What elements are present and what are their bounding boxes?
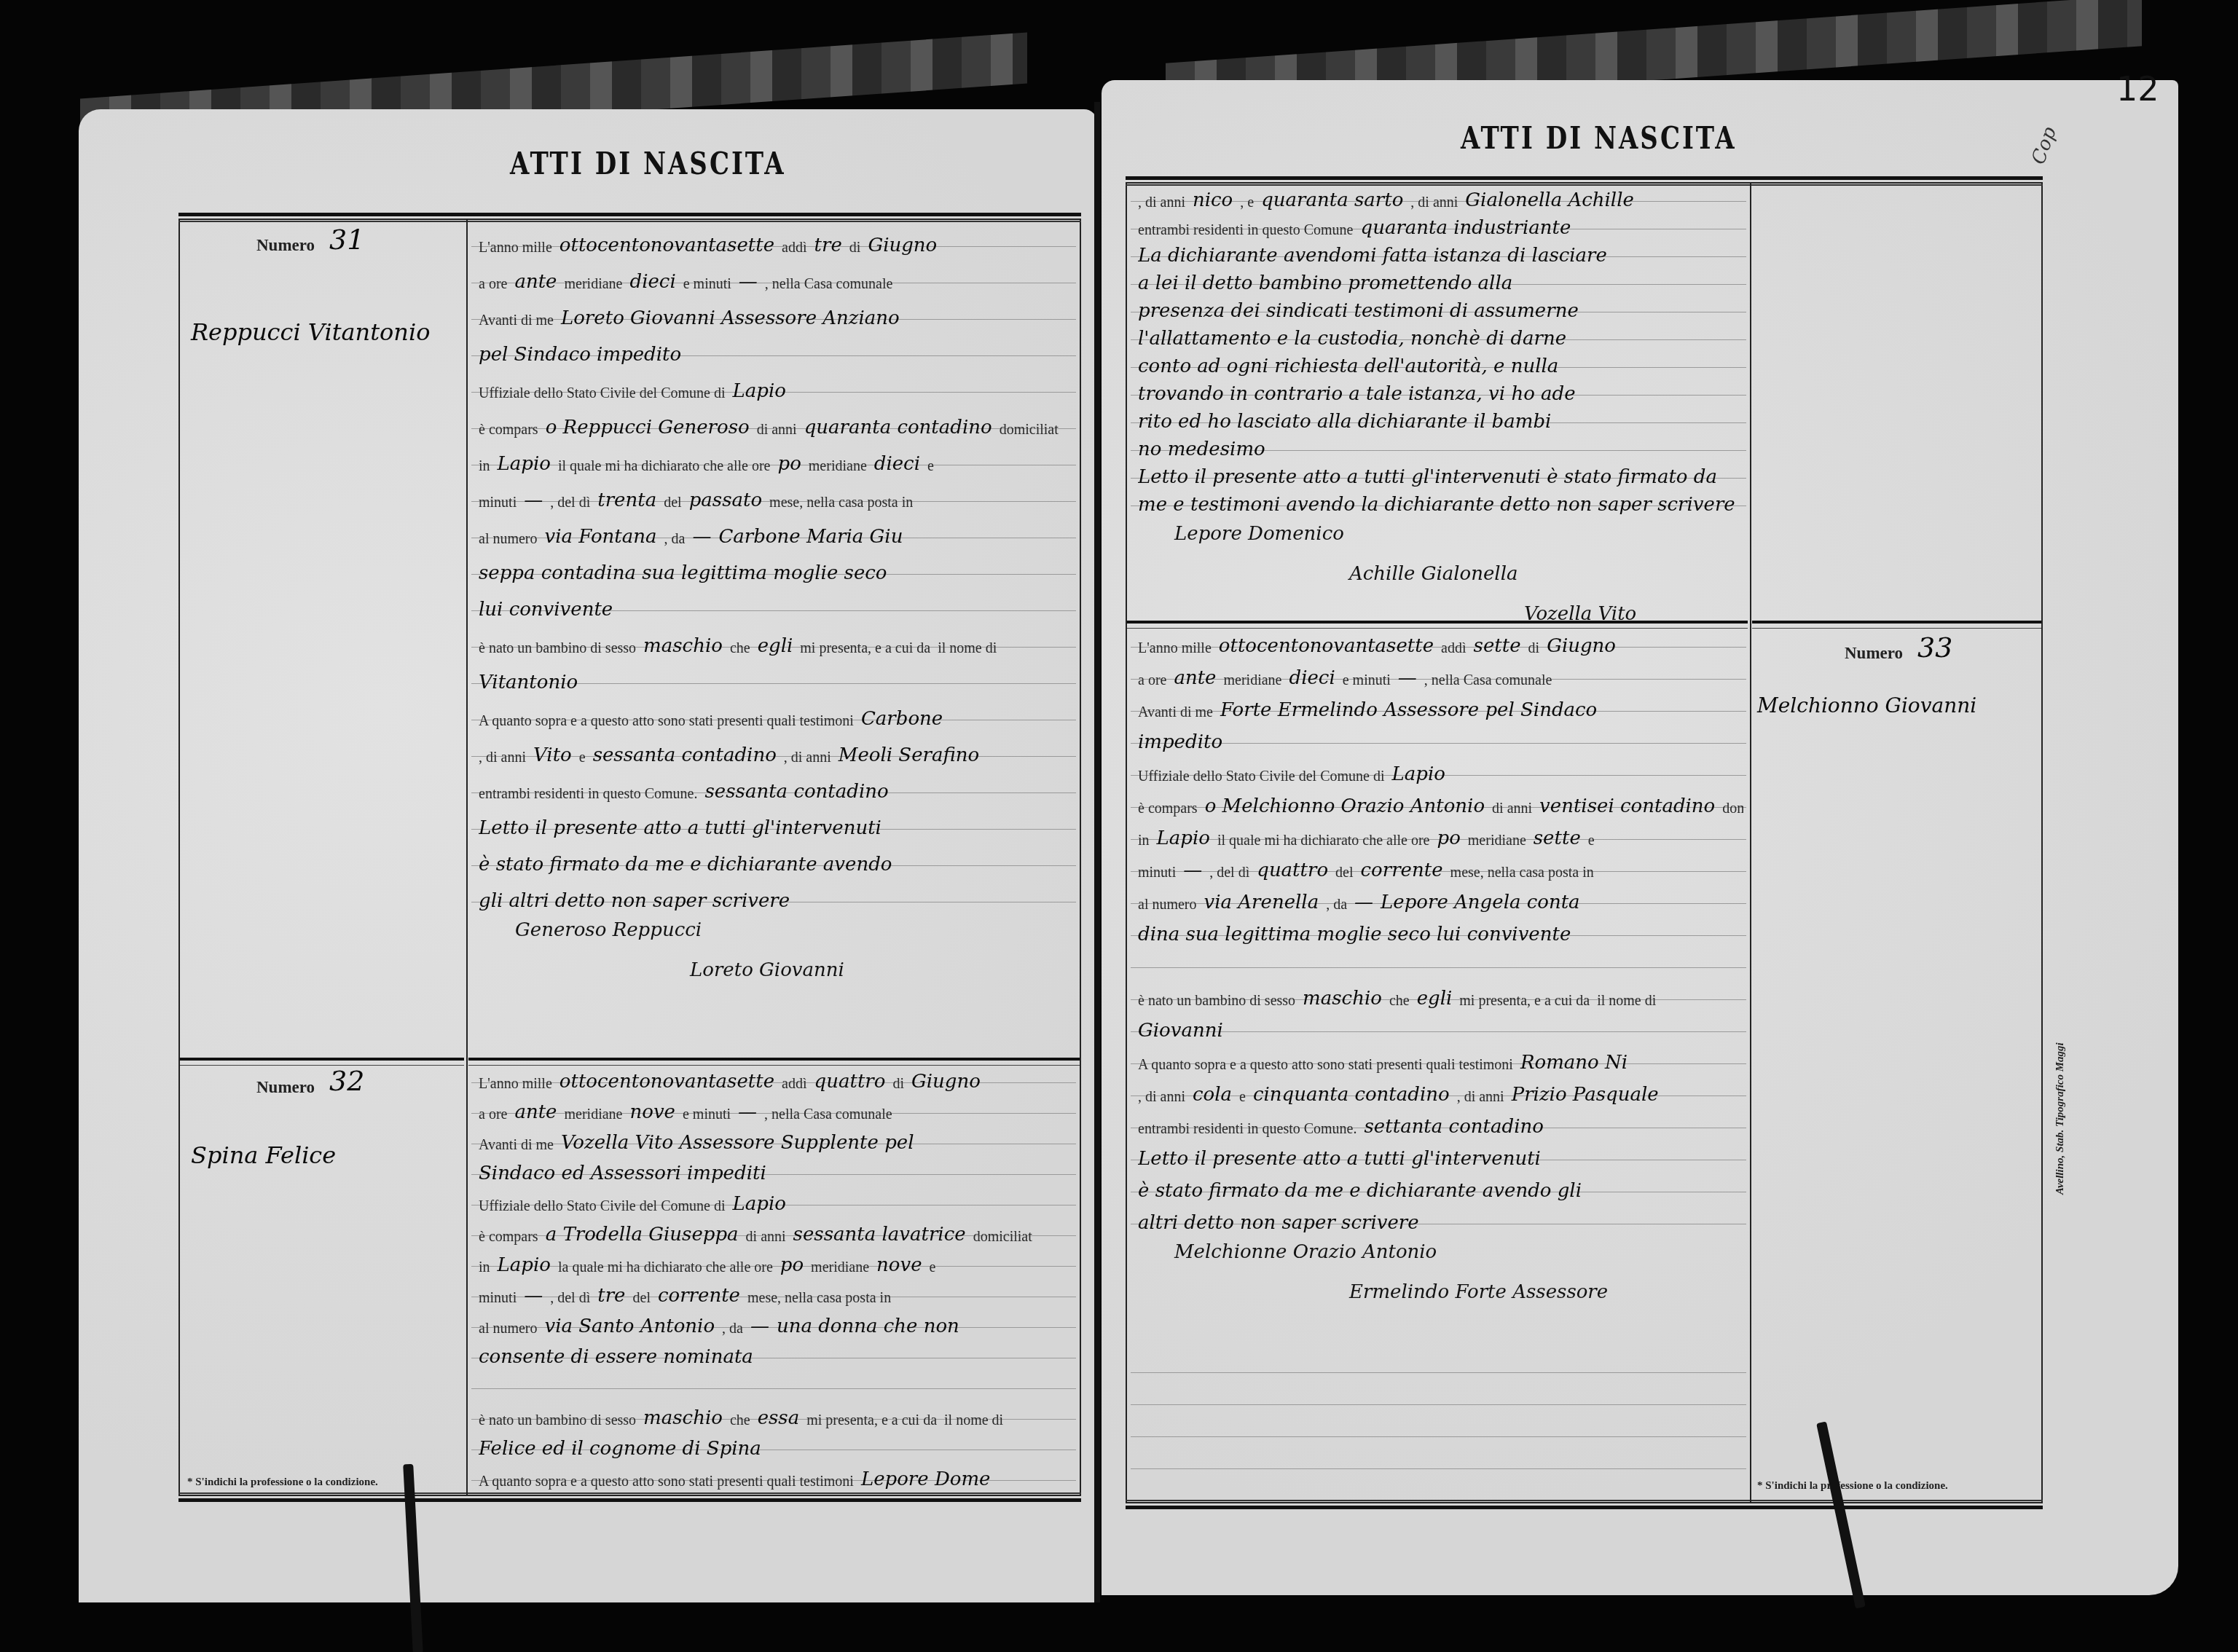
handwritten-entry: —: [692, 526, 711, 548]
handwritten-entry: pel Sindaco impedito: [479, 344, 681, 366]
form-line: lui convivente: [479, 591, 1073, 621]
printed-label: meridiane: [1468, 833, 1526, 849]
handwritten-entry: po: [1437, 827, 1461, 849]
printed-label: al numero: [1138, 897, 1197, 913]
handwritten-entry: Prizio Pasquale: [1512, 1084, 1659, 1106]
form-line: inLapioil quale mi ha dichiarato che all…: [1138, 825, 1743, 849]
printed-label: entrambi residenti in questo Comune.: [479, 786, 698, 803]
handwritten-entry: Meoli Serafino: [839, 744, 979, 766]
handwritten-entry: Lapio: [498, 1254, 551, 1276]
handwritten-entry: Lapio: [1157, 827, 1210, 849]
form-line: altri detto non saper scrivere: [1138, 1209, 1743, 1234]
form-line: entrambi residenti in questo Comune.sess…: [479, 774, 1073, 803]
handwritten-entry: seppa contadina sua legittima moglie sec…: [479, 562, 887, 584]
printed-label: Uffiziale dello Stato Civile del Comune …: [1138, 768, 1384, 785]
printed-label: , di anni: [1410, 194, 1458, 211]
form-line: minuti—, del dìquattrodelcorrentemese, n…: [1138, 857, 1743, 881]
handwritten-entry: Giovanni: [1138, 1020, 1223, 1042]
printed-label: meridiane: [565, 276, 623, 293]
printed-label: domiciliat: [973, 1229, 1032, 1246]
left-register-table: Numero 31 Reppucci Vitantonio Numero 32 …: [178, 219, 1081, 1496]
handwritten-entry: La dichiarante avendomi fatta istanza di…: [1138, 246, 1607, 267]
column-divider: [466, 220, 468, 1495]
handwritten-entry: essa: [758, 1407, 800, 1429]
form-line: è nato un bambino di sessomaschiocheegli…: [1138, 985, 1743, 1010]
handwritten-entry: no medesimo: [1138, 440, 1265, 460]
printed-label: mi presenta, e a cui da: [1459, 993, 1590, 1010]
handwritten-entry: gli altri detto non saper scrivere: [479, 890, 790, 912]
form-line: è stato firmato da me e dichiarante aven…: [479, 846, 1073, 876]
handwritten-entry: una donna che non: [777, 1315, 959, 1337]
form-line: Letto il presente atto a tutti gl'interv…: [1138, 468, 1743, 488]
handwritten-entry: Giugno: [1547, 635, 1616, 657]
printed-label: il quale mi ha dichiarato che alle ore: [558, 458, 771, 475]
ruled-line: [1131, 1404, 1746, 1405]
form-line: dina sua legittima moglie seco lui convi…: [1138, 921, 1743, 945]
handwritten-entry: cinquanta contadino: [1253, 1084, 1450, 1106]
printed-label: mi presenta, e a cui da: [806, 1412, 937, 1429]
form-line: a oreantemeridianediecie minuti—, nella …: [479, 264, 1073, 293]
ruled-line: [1131, 1468, 1746, 1469]
handwritten-entry: —: [1354, 892, 1373, 913]
column-divider: [1750, 184, 1751, 1502]
signature: Vozella Vito: [1524, 603, 1636, 625]
handwritten-entry: corrente: [1361, 860, 1443, 881]
form-line: conto ad ogni richiesta dell'autorità, e…: [1138, 357, 1743, 377]
footnote: * S'indichi la professione o la condizio…: [187, 1476, 378, 1489]
handwritten-entry: settanta contadino: [1365, 1116, 1544, 1138]
handwritten-entry: Forte Ermelindo Assessore pel Sindaco: [1220, 699, 1597, 721]
handwritten-entry: maschio: [643, 635, 723, 657]
form-line: [1138, 953, 1743, 978]
handwritten-entry: —: [524, 1285, 543, 1307]
handwritten-entry: cola: [1193, 1084, 1232, 1106]
form-line: L'anno milleottocentonovantasetteaddìset…: [1138, 632, 1743, 657]
printed-label: Avanti di me: [479, 312, 554, 329]
form-line: A quanto sopra e a questo atto sono stat…: [479, 1467, 1073, 1490]
right-page-title: ATTI DI NASCITA: [1461, 120, 1737, 157]
printed-label: meridiane: [565, 1106, 623, 1123]
printed-label: è compars: [479, 1229, 538, 1246]
handwritten-entry: tre: [597, 1285, 625, 1307]
printed-label: del: [1335, 865, 1353, 881]
handwritten-entry: Lepore Dome: [861, 1468, 991, 1490]
printed-label: e: [1588, 833, 1595, 849]
handwritten-entry: ante: [514, 1101, 557, 1123]
handwritten-entry: o Melchionno Orazio Antonio: [1205, 795, 1485, 817]
printer-credit: Avellino, Stab. Tipografico Maggi: [2054, 1042, 2067, 1195]
handwritten-entry: consente di essere nominata: [479, 1346, 753, 1368]
handwritten-entry: a lei il detto bambino promettendo alla: [1138, 274, 1512, 294]
record-continuation-body: , di anninico, equaranta sarto, di anniG…: [1131, 184, 1746, 621]
form-line: entrambi residenti in questo Comune.sett…: [1138, 1113, 1743, 1138]
form-line: al numerovia Santo Antonio, da—una donna…: [479, 1314, 1073, 1337]
printed-label: , da: [722, 1321, 743, 1337]
printed-label: meridiane: [1224, 672, 1282, 689]
printed-label: è nato un bambino di sesso: [479, 1412, 636, 1429]
printed-label: , nella Casa comunale: [764, 1106, 892, 1123]
signature: Lepore Domenico: [1174, 523, 1344, 545]
handwritten-entry: —: [738, 1101, 757, 1123]
handwritten-entry: ventisei contadino: [1539, 795, 1715, 817]
form-line: è comparso Melchionno Orazio Antoniodi a…: [1138, 792, 1743, 817]
printed-label: , nella Casa comunale: [1424, 672, 1552, 689]
printed-label: addì: [782, 1076, 806, 1093]
handwritten-entry: Gialonella Achille: [1465, 191, 1634, 211]
printed-label: il quale mi ha dichiarato che alle ore: [1217, 833, 1430, 849]
form-line: minuti—, del dìtrentadelpassatomese, nel…: [479, 482, 1073, 511]
printed-label: di: [849, 240, 861, 256]
handwritten-entry: conto ad ogni richiesta dell'autorità, e…: [1138, 357, 1558, 377]
handwritten-entry: trovando in contrario a tale istanza, vi…: [1138, 385, 1576, 405]
printed-label: , di anni: [479, 750, 526, 766]
record-32-body: L'anno milleottocentonovantasetteaddìqua…: [471, 1062, 1076, 1492]
record-number: 33: [1917, 632, 1952, 664]
handwritten-entry: altri detto non saper scrivere: [1138, 1212, 1419, 1234]
form-line: Letto il presente atto a tutti gl'interv…: [479, 810, 1073, 839]
form-line: Uffiziale dello Stato Civile del Comune …: [479, 373, 1073, 402]
handwritten-entry: po: [780, 1254, 804, 1276]
handwritten-entry: nove: [876, 1254, 922, 1276]
handwritten-entry: Letto il presente atto a tutti gl'interv…: [1138, 1148, 1541, 1170]
handwritten-entry: —: [1183, 860, 1202, 881]
handwritten-entry: dieci: [874, 453, 920, 475]
record-number: 32: [329, 1065, 364, 1097]
form-line: pel Sindaco impedito: [479, 337, 1073, 366]
form-line: , di anniVitoesessanta contadino, di ann…: [479, 737, 1073, 766]
printed-label: a ore: [479, 1106, 507, 1123]
child-name: Melchionno Giovanni: [1757, 693, 1976, 717]
handwritten-entry: egli: [758, 635, 793, 657]
handwritten-entry: ante: [514, 271, 557, 293]
printed-label: che: [730, 1412, 750, 1429]
handwritten-entry: maschio: [1303, 988, 1382, 1010]
form-line: a oreantemeridianenovee minuti—, nella C…: [479, 1100, 1073, 1123]
handwritten-entry: quaranta sarto: [1261, 191, 1403, 211]
printed-label: a ore: [479, 276, 507, 293]
printed-label: A quanto sopra e a questo atto sono stat…: [479, 713, 854, 730]
signature: Melchionne Orazio Antonio: [1174, 1241, 1437, 1263]
printed-label: , di anni: [1138, 194, 1185, 211]
handwritten-entry: ottocentonovantasette: [559, 235, 774, 256]
record-number: 31: [329, 224, 364, 256]
form-line: gli altri detto non saper scrivere: [479, 883, 1073, 912]
ruled-line: [1131, 1436, 1746, 1437]
handwritten-entry: —: [1398, 667, 1417, 689]
handwritten-entry: sessanta contadino: [593, 744, 777, 766]
printed-label: A quanto sopra e a questo atto sono stat…: [479, 1474, 854, 1490]
form-line: La dichiarante avendomi fatta istanza di…: [1138, 246, 1743, 267]
form-line: minuti—, del dìtredelcorrentemese, nella…: [479, 1283, 1073, 1307]
printed-label: L'anno mille: [479, 240, 552, 256]
printed-label: la quale mi ha dichiarato che alle ore: [558, 1259, 773, 1276]
printed-label: a ore: [1138, 672, 1166, 689]
printed-label: di anni: [757, 422, 797, 438]
handwritten-entry: a Trodella Giuseppa: [546, 1224, 739, 1246]
form-line: , di annicolaecinquanta contadino, di an…: [1138, 1081, 1743, 1106]
printed-label: meridiane: [811, 1259, 869, 1276]
printed-label: entrambi residenti in questo Comune: [1138, 222, 1354, 239]
printed-label: addì: [782, 240, 806, 256]
handwritten-entry: trenta: [597, 489, 656, 511]
printed-label: al numero: [479, 1321, 538, 1337]
record-33-body: L'anno milleottocentonovantasetteaddìset…: [1131, 625, 1746, 1499]
handwritten-entry: Lapio: [732, 1193, 785, 1215]
handwritten-entry: Sindaco ed Assessori impediti: [479, 1163, 766, 1184]
printed-label: di anni: [1492, 801, 1532, 817]
printed-label: è compars: [1138, 801, 1198, 817]
right-register-table: Numero 33 Melchionno Giovanni * S'indich…: [1126, 182, 2043, 1503]
footnote: * S'indichi la professione o la condizio…: [1757, 1480, 1948, 1492]
handwritten-entry: Carbone Maria Giu: [718, 526, 903, 548]
left-page-title: ATTI DI NASCITA: [510, 146, 786, 182]
printed-label: il nome di: [938, 640, 997, 657]
printed-label: è compars: [479, 422, 538, 438]
handwritten-entry: Lapio: [732, 380, 785, 402]
printed-label: Avanti di me: [479, 1137, 554, 1154]
form-line: è stato firmato da me e dichiarante aven…: [1138, 1177, 1743, 1202]
printed-label: , da: [1326, 897, 1347, 913]
handwritten-entry: sessanta contadino: [705, 781, 889, 803]
handwritten-entry: quaranta contadino: [804, 417, 992, 438]
printed-label: meridiane: [809, 458, 867, 475]
printed-label: domiciliat: [1000, 422, 1059, 438]
printed-label: di: [1528, 640, 1540, 657]
printed-label: , del dì: [550, 495, 590, 511]
form-line: Letto il presente atto a tutti gl'interv…: [1138, 1145, 1743, 1170]
printed-label: L'anno mille: [1138, 640, 1212, 657]
form-line: è comparsa Trodella Giuseppadi annisessa…: [479, 1222, 1073, 1246]
handwritten-entry: sessanta lavatrice: [793, 1224, 966, 1246]
printed-label: A quanto sopra e a questo atto sono stat…: [1138, 1057, 1513, 1074]
handwritten-entry: dieci: [629, 271, 675, 293]
form-line: Uffiziale dello Stato Civile del Comune …: [1138, 760, 1743, 785]
handwritten-entry: nico: [1193, 191, 1233, 211]
signature: Ermelindo Forte Assessore: [1349, 1281, 1608, 1303]
form-line: Uffiziale dello Stato Civile del Comune …: [479, 1192, 1073, 1215]
printed-label: domiciliato: [1722, 801, 1743, 817]
form-line: Avanti di meVozella Vito Assessore Suppl…: [479, 1130, 1073, 1154]
printed-label: e minuti: [683, 276, 731, 293]
form-line: è nato un bambino di sessomaschiocheegli…: [479, 628, 1073, 657]
handwritten-entry: dieci: [1289, 667, 1335, 689]
form-line: è nato un bambino di sessomaschiocheessa…: [479, 1406, 1073, 1429]
printed-label: minuti: [479, 495, 517, 511]
form-line: al numerovia Fontana, da—Carbone Maria G…: [479, 519, 1073, 548]
printed-label: mese, nella casa posta in: [747, 1290, 891, 1307]
form-line: [479, 1375, 1073, 1399]
handwritten-entry: o Reppucci Generoso: [546, 417, 750, 438]
printed-label: e: [579, 750, 586, 766]
handwritten-entry: impedito: [1138, 731, 1222, 753]
handwritten-entry: me e testimoni avendo la dichiarante det…: [1138, 495, 1735, 516]
printed-label: mese, nella casa posta in: [1450, 865, 1594, 881]
printed-label: in: [479, 458, 490, 475]
form-line: A quanto sopra e a questo atto sono stat…: [479, 701, 1073, 730]
form-line: , di anninico, equaranta sarto, di anniG…: [1138, 191, 1743, 211]
ruled-line: [1131, 1372, 1746, 1373]
handwritten-entry: è stato firmato da me e dichiarante aven…: [1138, 1180, 1582, 1202]
printed-label: , del dì: [550, 1290, 590, 1307]
form-line: consente di essere nominata: [479, 1345, 1073, 1368]
handwritten-entry: ottocentonovantasette: [1219, 635, 1434, 657]
printed-label: in: [1138, 833, 1150, 849]
handwritten-entry: Letto il presente atto a tutti gl'interv…: [479, 817, 882, 839]
handwritten-entry: Vito: [533, 744, 572, 766]
handwritten-entry: Carbone: [861, 708, 943, 730]
form-line: no medesimo: [1138, 440, 1743, 460]
handwritten-entry: sette: [1534, 827, 1581, 849]
printed-label: al numero: [479, 531, 538, 548]
form-line: al numerovia Arenella, da—Lepore Angela …: [1138, 889, 1743, 913]
form-line: Avanti di meForte Ermelindo Assessore pe…: [1138, 696, 1743, 721]
record-separator: [180, 1058, 464, 1066]
printed-label: di anni: [746, 1229, 786, 1246]
signature: Generoso Reppucci: [515, 919, 702, 941]
handwritten-entry: presenza dei sindicati testimoni di assu…: [1138, 302, 1579, 322]
printed-label: Uffiziale dello Stato Civile del Comune …: [479, 385, 725, 402]
form-line: rito ed ho lasciato alla dichiarante il …: [1138, 412, 1743, 433]
form-line: entrambi residenti in questo Comunequara…: [1138, 219, 1743, 239]
handwritten-entry: egli: [1417, 988, 1453, 1010]
printed-label: mi presenta, e a cui da: [800, 640, 930, 657]
form-line: a lei il detto bambino promettendo alla: [1138, 274, 1743, 294]
handwritten-entry: dina sua legittima moglie seco lui convi…: [1138, 924, 1571, 945]
printed-label: il nome di: [1597, 993, 1656, 1010]
printed-label: , da: [664, 531, 686, 548]
handwritten-entry: è stato firmato da me e dichiarante aven…: [479, 854, 892, 876]
child-name: Reppucci Vitantonio: [191, 318, 430, 346]
handwritten-entry: ante: [1174, 667, 1216, 689]
form-line: seppa contadina sua legittima moglie sec…: [479, 555, 1073, 584]
form-line: a oreantemeridianediecie minuti—, nella …: [1138, 664, 1743, 689]
form-line: Sindaco ed Assessori impediti: [479, 1161, 1073, 1184]
handwritten-entry: Loreto Giovanni Assessore Anziano: [561, 307, 900, 329]
printed-label: del: [664, 495, 681, 511]
signature: Achille Gialonella: [1349, 563, 1518, 585]
handwritten-entry: Vozella Vito Assessore Supplente pel: [561, 1132, 914, 1154]
handwritten-entry: corrente: [658, 1285, 740, 1307]
form-line: Giovanni: [1138, 1017, 1743, 1042]
printed-label: , di anni: [1457, 1089, 1504, 1106]
printed-label: di: [892, 1076, 904, 1093]
printed-label: Uffiziale dello Stato Civile del Comune …: [479, 1198, 725, 1215]
printed-label: e: [927, 458, 934, 475]
printed-label: e minuti: [683, 1106, 731, 1123]
printed-label: , e: [1240, 194, 1254, 211]
printed-label: e minuti: [1343, 672, 1391, 689]
form-line: L'anno milleottocentonovantasetteaddìqua…: [479, 1069, 1073, 1093]
printed-label: che: [1389, 993, 1410, 1010]
form-line: Avanti di meLoreto Giovanni Assessore An…: [479, 300, 1073, 329]
handwritten-entry: sette: [1474, 635, 1521, 657]
printed-label: , nella Casa comunale: [765, 276, 893, 293]
form-line: Vitantonio: [479, 664, 1073, 693]
printed-label: e: [1239, 1089, 1246, 1106]
handwritten-entry: —: [750, 1315, 769, 1337]
handwritten-entry: quaranta industriante: [1361, 219, 1571, 239]
form-line: inLapioil quale mi ha dichiarato che all…: [479, 446, 1073, 475]
printed-label: mese, nella casa posta in: [769, 495, 913, 511]
handwritten-entry: via Fontana: [545, 526, 657, 548]
form-line: me e testimoni avendo la dichiarante det…: [1138, 495, 1743, 516]
handwritten-entry: passato: [689, 489, 762, 511]
record-31-body: L'anno milleottocentonovantasetteaddìtre…: [471, 220, 1076, 1058]
book-spine: [1094, 102, 1100, 1602]
form-line: è comparso Reppucci Generosodi anniquara…: [479, 409, 1073, 438]
printed-label: L'anno mille: [479, 1076, 552, 1093]
printed-label: in: [479, 1259, 490, 1276]
printed-label: addì: [1441, 640, 1466, 657]
printed-label: , di anni: [784, 750, 831, 766]
handwritten-entry: ottocentonovantasette: [559, 1071, 774, 1093]
printed-label: che: [730, 640, 750, 657]
numero-label: Numero: [256, 1078, 315, 1097]
handwritten-entry: maschio: [643, 1407, 723, 1429]
handwritten-entry: Lepore Angela conta: [1381, 892, 1580, 913]
handwritten-entry: Vitantonio: [479, 672, 578, 693]
signature: Loreto Giovanni: [690, 959, 844, 981]
numero-label: Numero: [1845, 644, 1903, 663]
handwritten-entry: po: [778, 453, 801, 475]
form-line: l'allattamento e la custodia, nonchè di …: [1138, 329, 1743, 350]
page-number: 12: [2116, 69, 2159, 109]
printed-label: minuti: [479, 1290, 517, 1307]
handwritten-entry: Lapio: [1391, 763, 1445, 785]
printed-label: minuti: [1138, 865, 1176, 881]
form-line: trovando in contrario a tale istanza, vi…: [1138, 385, 1743, 405]
printed-label: del: [633, 1290, 651, 1307]
handwritten-entry: —: [739, 271, 758, 293]
handwritten-entry: nove: [629, 1101, 675, 1123]
handwritten-entry: tre: [814, 235, 842, 256]
form-line: impedito: [1138, 728, 1743, 753]
handwritten-entry: via Arenella: [1204, 892, 1319, 913]
form-line: L'anno milleottocentonovantasetteaddìtre…: [479, 227, 1073, 256]
handwritten-entry: lui convivente: [479, 599, 613, 621]
handwritten-entry: quattro: [814, 1071, 886, 1093]
child-name: Spina Felice: [191, 1141, 336, 1169]
printed-label: , di anni: [1138, 1089, 1185, 1106]
handwritten-entry: quattro: [1257, 860, 1328, 881]
printed-label: , del dì: [1209, 865, 1249, 881]
handwritten-entry: Letto il presente atto a tutti gl'interv…: [1138, 468, 1717, 488]
record-separator: [1752, 621, 2041, 629]
form-line: inLapiola quale mi ha dichiarato che all…: [479, 1253, 1073, 1276]
handwritten-entry: l'allattamento e la custodia, nonchè di …: [1138, 329, 1566, 350]
handwritten-entry: Lapio: [498, 453, 551, 475]
form-line: A quanto sopra e a questo atto sono stat…: [1138, 1049, 1743, 1074]
printed-label: Avanti di me: [1138, 704, 1213, 721]
handwritten-entry: Romano Ni: [1520, 1052, 1628, 1074]
form-line: presenza dei sindicati testimoni di assu…: [1138, 302, 1743, 322]
handwritten-entry: Giugno: [911, 1071, 981, 1093]
printed-label: e: [930, 1259, 936, 1276]
handwritten-entry: rito ed ho lasciato alla dichiarante il …: [1138, 412, 1551, 433]
printed-label: il nome di: [944, 1412, 1003, 1429]
numero-label: Numero: [256, 236, 315, 255]
handwritten-entry: —: [524, 489, 543, 511]
printed-label: è nato un bambino di sesso: [479, 640, 636, 657]
printed-label: entrambi residenti in questo Comune.: [1138, 1121, 1357, 1138]
printed-label: è nato un bambino di sesso: [1138, 993, 1295, 1010]
form-line: Felice ed il cognome di Spina: [479, 1436, 1073, 1460]
handwritten-entry: Giugno: [868, 235, 937, 256]
handwritten-entry: via Santo Antonio: [545, 1315, 715, 1337]
handwritten-entry: Felice ed il cognome di Spina: [479, 1438, 761, 1460]
